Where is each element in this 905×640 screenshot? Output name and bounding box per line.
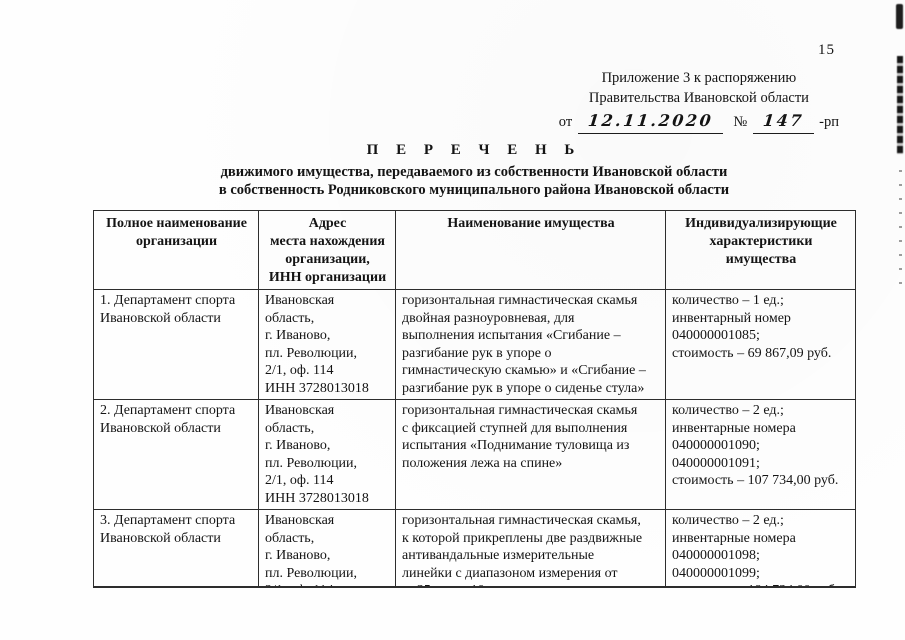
decree-date-underline: 12.11.2020 xyxy=(578,111,723,134)
column-header-organization: Полное наименование организации xyxy=(94,211,259,290)
scan-artifact-dots xyxy=(899,170,902,290)
document-subtitle-1: движимого имущества, передаваемого из со… xyxy=(93,163,855,182)
cell-property-name: горизонтальная гимнастическая скамья, к … xyxy=(396,510,666,589)
cell-property-name: горизонтальная гимнастическая скамья с ф… xyxy=(396,400,666,510)
cell-address: Ивановская область, г. Иваново, пл. Рево… xyxy=(259,510,396,589)
cell-characteristics: количество – 2 ед.; инвентарные номера 0… xyxy=(666,400,856,510)
decree-number-suffix: -рп xyxy=(819,112,839,132)
appendix-line-2: Правительства Ивановской области xyxy=(559,88,839,108)
document-subtitle-2: в собственность Родниковского муниципаль… xyxy=(93,181,855,200)
decree-date-prefix: от xyxy=(559,112,572,132)
column-header-characteristics: Индивидуализирующие характеристики имуще… xyxy=(666,211,856,290)
document-title-block: П Е Р Е Ч Е Н Ь движимого имущества, пер… xyxy=(93,141,855,200)
property-table-wrapper: Полное наименование организации Адрес ме… xyxy=(93,210,856,588)
decree-date-number-line: от 12.11.2020 № 147 -рп xyxy=(559,111,839,134)
appendix-reference-block: Приложение 3 к распоряжению Правительств… xyxy=(559,68,839,134)
column-header-address: Адрес места нахождения организации, ИНН … xyxy=(259,211,396,290)
scanned-page: 15 Приложение 3 к распоряжению Правитель… xyxy=(0,0,905,640)
cell-organization: 1. Департамент спорта Ивановской области xyxy=(94,290,259,400)
cell-organization: 2. Департамент спорта Ивановской области xyxy=(94,400,259,510)
decree-number-underline: 147 xyxy=(753,111,814,134)
decree-number-value-handwritten: 147 xyxy=(762,111,805,131)
document-title: П Е Р Е Ч Е Н Ь xyxy=(93,141,855,160)
appendix-line-1: Приложение 3 к распоряжению xyxy=(559,68,839,88)
cell-property-name: горизонтальная гимнастическая скамья дво… xyxy=(396,290,666,400)
scan-artifact-blob xyxy=(896,4,903,29)
cell-organization: 3. Департамент спорта Ивановской области xyxy=(94,510,259,589)
column-header-property-name: Наименование имущества xyxy=(396,211,666,290)
table-row: 1. Департамент спорта Ивановской области… xyxy=(94,290,856,400)
table-header-row: Полное наименование организации Адрес ме… xyxy=(94,211,856,290)
page-number: 15 xyxy=(818,42,835,59)
cell-address: Ивановская область, г. Иваново, пл. Рево… xyxy=(259,290,396,400)
table-row: 2. Департамент спорта Ивановской области… xyxy=(94,400,856,510)
cell-address: Ивановская область, г. Иваново, пл. Рево… xyxy=(259,400,396,510)
decree-date-value-handwritten: 12.11.2020 xyxy=(587,111,714,131)
cell-characteristics: количество – 2 ед.; инвентарные номера 0… xyxy=(666,510,856,589)
table-row: 3. Департамент спорта Ивановской области… xyxy=(94,510,856,589)
decree-number-sign: № xyxy=(733,112,747,132)
cell-characteristics: количество – 1 ед.; инвентарный номер 04… xyxy=(666,290,856,400)
scan-artifact-streak xyxy=(897,56,903,154)
property-table: Полное наименование организации Адрес ме… xyxy=(93,210,856,588)
